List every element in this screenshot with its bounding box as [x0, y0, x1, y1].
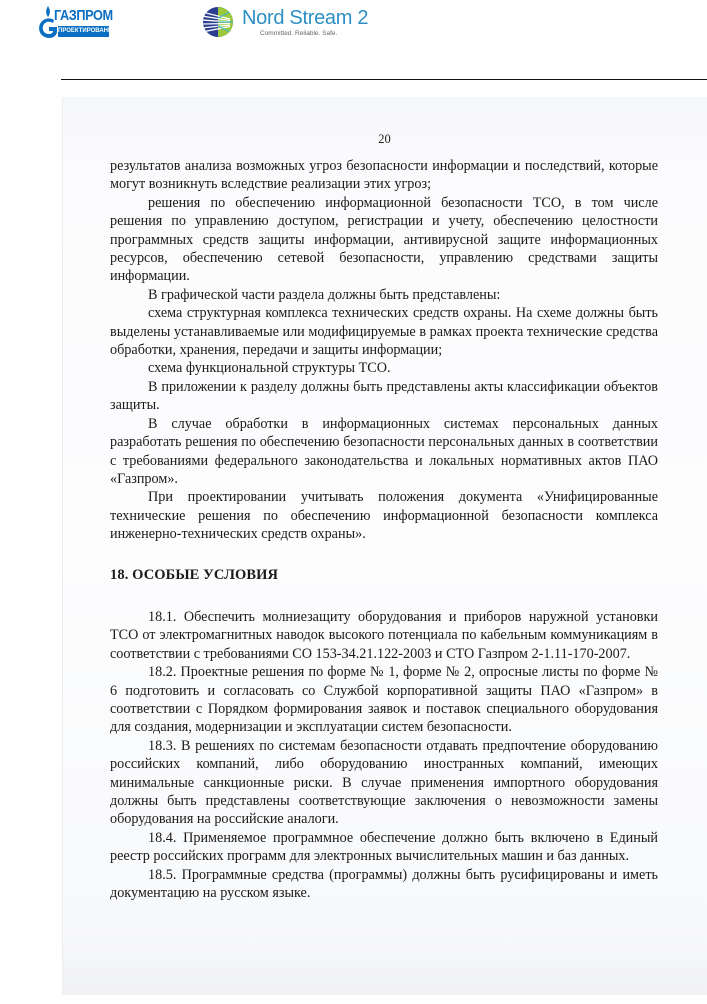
- nord-stream-globe-icon: [200, 6, 238, 38]
- gazprom-subtitle: ПРОЕКТИРОВАНИЕ: [58, 26, 109, 37]
- paragraph: схема функциональной структуры ТСО.: [110, 359, 658, 377]
- gazprom-wordmark: ГАЗПРОМ: [54, 8, 113, 24]
- paragraph: В графической части раздела должны быть …: [110, 286, 658, 304]
- paragraph: В приложении к разделу должны быть предс…: [110, 378, 658, 415]
- scanned-page: 20 результатов анализа возможных угроз б…: [62, 97, 707, 995]
- gazprom-logo: ГАЗПРОМ ПРОЕКТИРОВАНИЕ: [37, 4, 111, 42]
- paragraph: результатов анализа возможных угроз безо…: [110, 157, 658, 194]
- paragraph: При проектировании учитывать положения д…: [110, 488, 658, 543]
- section-item: 18.5. Программные средства (программы) д…: [110, 866, 658, 903]
- section-item: 18.4. Применяемое программное обеспечени…: [110, 829, 658, 866]
- section-item: 18.1. Обеспечить молниезащиту оборудован…: [110, 608, 658, 663]
- section-item: 18.3. В решениях по системам безопасност…: [110, 737, 658, 829]
- paragraph: решения по обеспечению информационной бе…: [110, 194, 658, 286]
- page-content: результатов анализа возможных угроз безо…: [110, 157, 658, 902]
- section-item: 18.2. Проектные решения по форме № 1, фо…: [110, 663, 658, 737]
- nord-stream-logo: Nord Stream 2 Committed. Reliable. Safe.: [200, 4, 360, 40]
- page-number: 20: [62, 132, 707, 147]
- section-heading: 18. ОСОБЫЕ УСЛОВИЯ: [110, 566, 658, 584]
- paragraph: В случае обработки в информационных сист…: [110, 415, 658, 489]
- document-header: ГАЗПРОМ ПРОЕКТИРОВАНИЕ: [0, 0, 707, 82]
- header-divider: [61, 79, 707, 80]
- paragraph: схема структурная комплекса технических …: [110, 304, 658, 359]
- nord-stream-wordmark: Nord Stream 2: [242, 8, 368, 28]
- nord-stream-tagline: Committed. Reliable. Safe.: [260, 30, 337, 37]
